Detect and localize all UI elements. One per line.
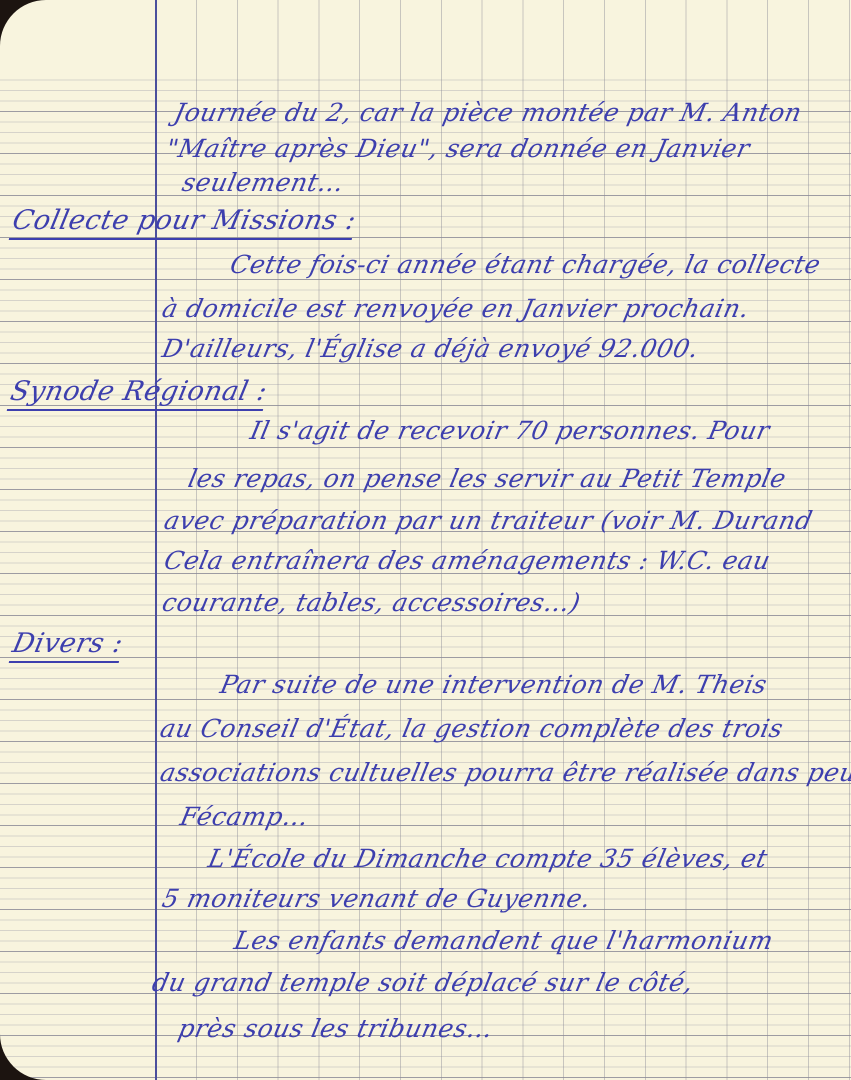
handwritten-line: au Conseil d'État, la gestion complète d… [158,716,786,741]
handwritten-line: L'École du Dimanche compte 35 élèves, et [206,846,770,871]
handwritten-line: courante, tables, accessoires…) [160,590,583,615]
handwritten-line: 5 moniteurs venant de Guyenne. [160,886,593,911]
handwritten-line: D'ailleurs, l'Église a déjà envoyé 92.00… [160,336,701,361]
handwritten-line: près sous les tribunes… [176,1016,496,1041]
section-heading-synode: Synode Régional : [8,378,270,405]
handwritten-line: Par suite de une intervention de M. Thei… [218,672,769,697]
handwritten-line: seulement… [180,170,346,195]
section-heading-collecte: Collecte pour Missions : [10,207,359,234]
handwritten-line: Fécamp… [178,804,311,829]
handwritten-line: "Maître après Dieu", sera donnée en Janv… [164,136,752,161]
handwritten-line: avec préparation par un traiteur (voir M… [162,508,815,533]
handwritten-content: Journée du 2, car la pièce montée par M.… [0,0,851,1080]
handwritten-line: Journée du 2, car la pièce montée par M.… [172,100,804,125]
handwritten-line: Cela entraînera des aménagements : W.C. … [162,548,773,573]
section-heading-divers: Divers : [10,630,126,657]
notebook-page: Journée du 2, car la pièce montée par M.… [0,0,851,1080]
handwritten-line: associations cultuelles pourra être réal… [158,760,851,785]
handwritten-line: Cette fois-ci année étant chargée, la co… [228,252,823,277]
handwritten-line: Il s'agit de recevoir 70 personnes. Pour [248,418,772,443]
handwritten-line: Les enfants demandent que l'harmonium [232,928,776,953]
handwritten-line: du grand temple soit déplacé sur le côté… [150,970,696,995]
handwritten-line: les repas, on pense les servir au Petit … [186,466,789,491]
handwritten-line: à domicile est renvoyée en Janvier proch… [160,296,752,321]
